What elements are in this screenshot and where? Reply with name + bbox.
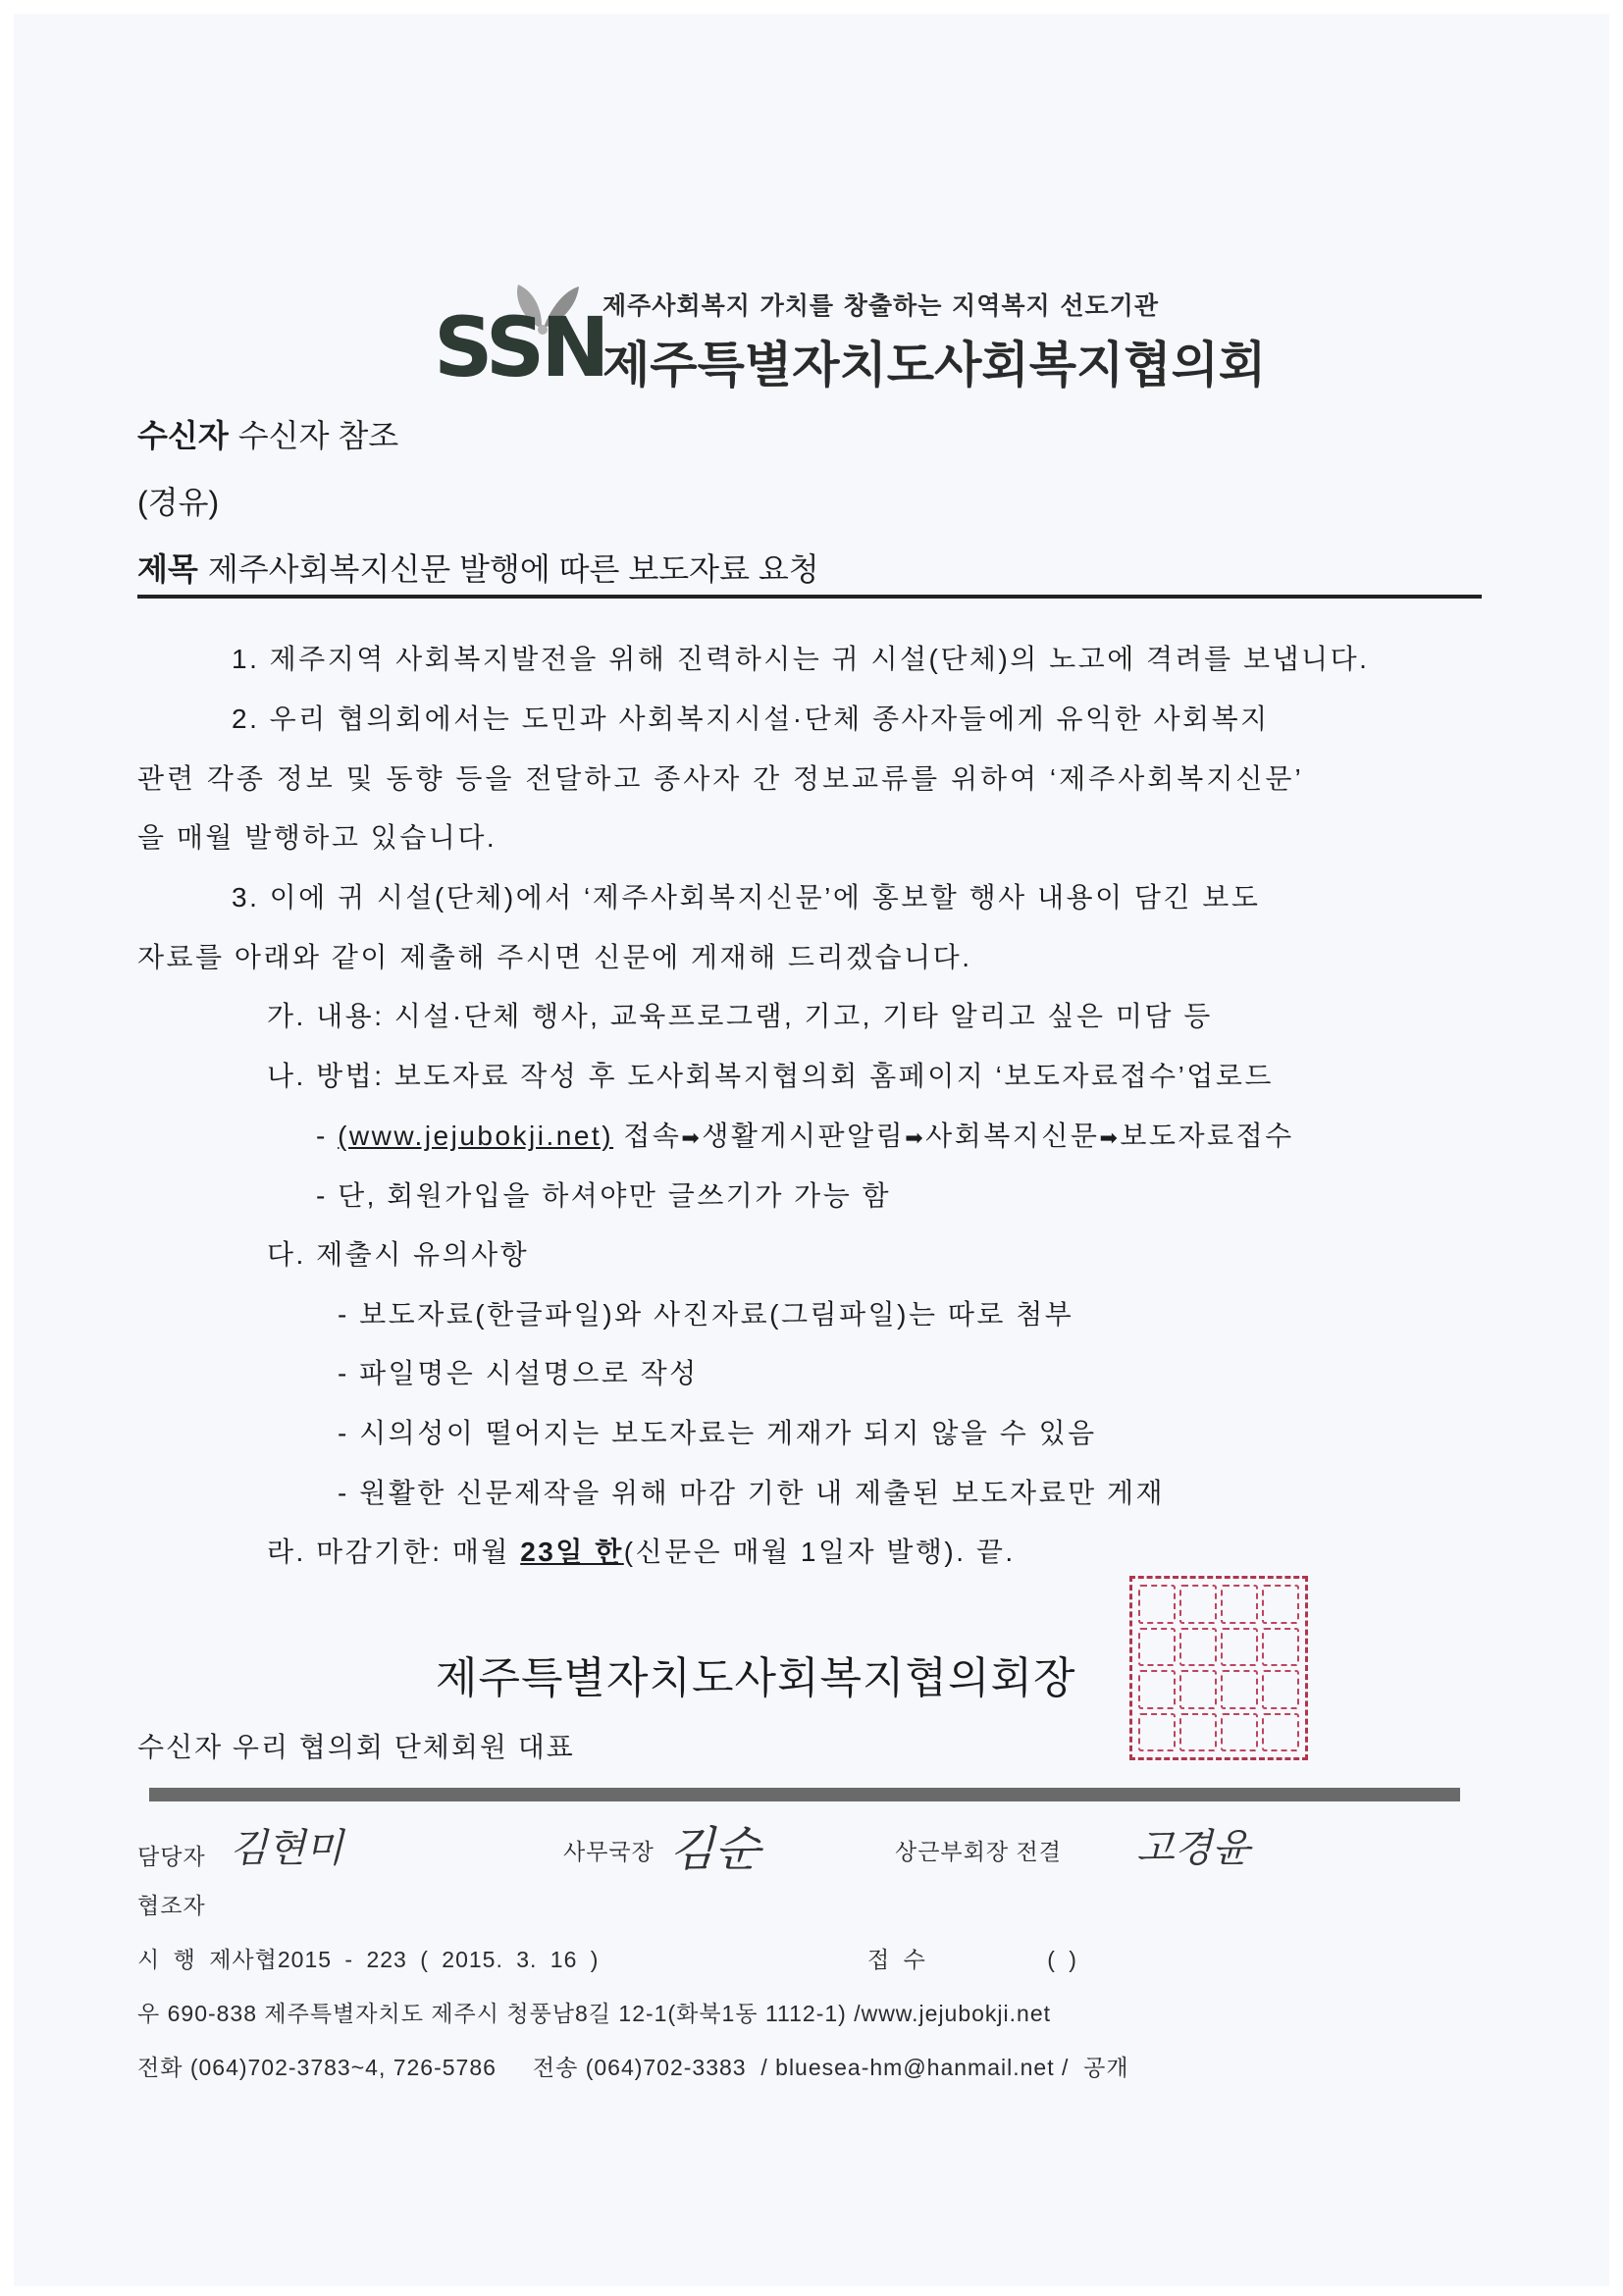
enforce-number: 제사협2015 - 223 ( 2015. 3. 16 )	[209, 1947, 599, 1972]
address-line: 우 690-838 제주특별자치도 제주시 청풍남8길 12-1(화북1동 11…	[137, 1996, 1051, 2028]
subject-row: 제목제주사회복지신문 발행에 따른 보도자료 요청	[137, 545, 819, 590]
cooperator-label: 협조자	[137, 1888, 206, 1920]
item-ra-deadline: 라. 마감기한: 매월 23일 한(신문은 매월 1일자 발행). 끝.	[267, 1531, 1016, 1570]
recipient-value: 수신자 참조	[238, 418, 398, 453]
path-step-4: 보도자료접수	[1120, 1121, 1293, 1151]
receipt-label: 접 수	[867, 1947, 926, 1972]
path-step-3: 사회복지신문	[925, 1121, 1099, 1151]
item-na-sub-1: - (www.jejubokji.net) 접속➡생활게시판알림➡사회복지신문➡…	[316, 1115, 1294, 1154]
arrow-right-icon: ➡	[1099, 1125, 1120, 1150]
website-link[interactable]: (www.jejubokji.net)	[338, 1121, 613, 1151]
dash: -	[316, 1121, 328, 1151]
staff-signature: 김현미	[230, 1817, 343, 1873]
receipt-value: ( )	[1047, 1947, 1077, 1972]
item-na-sub-2: - 단, 회원가입을 하셔야만 글쓰기가 가능 함	[316, 1174, 891, 1214]
org-name: 제주특별자치도사회복지협의회	[602, 326, 1266, 396]
header-divider	[137, 595, 1482, 599]
enforce-label: 시 행	[137, 1947, 196, 1972]
vice-chair-label: 상근부회장 전결	[895, 1834, 1062, 1866]
da-note-3: - 시의성이 떨어지는 보도자료는 게재가 되지 않을 수 있음	[338, 1412, 1097, 1451]
arrow-right-icon: ➡	[681, 1125, 702, 1150]
org-slogan: 제주사회복지 가치를 창출하는 지역복지 선도기관	[602, 287, 1159, 322]
receipt-row: 접 수 ( )	[867, 1942, 1077, 1974]
paragraph-2-line-1: 2. 우리 협의회에서는 도민과 사회복지시설·단체 종사자들에게 유익한 사회…	[232, 698, 1270, 737]
recipient-row: 수신자수신자 참조	[137, 411, 398, 456]
contact-line: 전화 (064)702-3783~4, 726-5786 전송 (064)702…	[137, 2050, 1129, 2082]
paragraph-3-line-1: 3. 이에 귀 시설(단체)에서 ‘제주사회복지신문’에 홍보할 행사 내용이 …	[232, 876, 1260, 915]
da-note-4: - 원활한 신문제작을 위해 마감 기한 내 제출된 보도자료만 게재	[338, 1472, 1165, 1511]
staff-label: 담당자	[137, 1839, 206, 1871]
arrow-right-icon: ➡	[905, 1125, 925, 1150]
paragraph-2-line-2: 관련 각종 정보 및 동향 등을 전달하고 종사자 간 정보교류를 위하여 ‘제…	[137, 757, 1304, 797]
path-step-2: 생활게시판알림	[702, 1121, 905, 1151]
vice-chair-signature: 고경윤	[1136, 1817, 1250, 1873]
subject-value: 제주사회복지신문 발행에 따른 보도자료 요청	[208, 551, 819, 587]
recipient-label: 수신자	[137, 418, 229, 453]
paragraph-2-line-3: 을 매월 발행하고 있습니다.	[137, 816, 497, 856]
item-ga-content: 가. 내용: 시설·단체 행사, 교육프로그램, 기고, 기타 알리고 싶은 미…	[267, 995, 1213, 1034]
via-label: (경유)	[137, 478, 219, 523]
da-note-1: - 보도자료(한글파일)와 사진자료(그림파일)는 따로 첨부	[338, 1293, 1073, 1332]
ssn-logo: SSN	[434, 306, 606, 389]
deadline-date: 23일 한	[520, 1537, 624, 1567]
path-step-1: 접속	[623, 1121, 681, 1151]
document-page: SSN 제주사회복지 가치를 창출하는 지역복지 선도기관 제주특별자치도사회복…	[14, 14, 1609, 2286]
official-seal-stamp	[1129, 1576, 1308, 1760]
secretary-signature: 김순	[669, 1811, 760, 1879]
paragraph-3-line-2: 자료를 아래와 같이 제출해 주시면 신문에 게재해 드리겠습니다.	[137, 936, 972, 975]
deadline-suffix: (신문은 매월 1일자 발행). 끝.	[624, 1537, 1016, 1567]
enforcement-row: 시 행 제사협2015 - 223 ( 2015. 3. 16 )	[137, 1942, 599, 1974]
recipients-note: 수신자 우리 협의회 단체회원 대표	[137, 1726, 575, 1765]
item-da-notes: 다. 제출시 유의사항	[267, 1233, 529, 1273]
signatory-title: 제주특별자치도사회복지협의회장	[436, 1643, 1076, 1705]
paragraph-1: 1. 제주지역 사회복지발전을 위해 진력하시는 귀 시설(단체)의 노고에 격…	[232, 638, 1369, 677]
footer-divider	[149, 1788, 1460, 1801]
da-note-2: - 파일명은 시설명으로 작성	[338, 1352, 699, 1391]
secretary-label: 사무국장	[563, 1834, 654, 1866]
item-na-method: 나. 방법: 보도자료 작성 후 도사회복지협의회 홈페이지 ‘보도자료접수’업…	[267, 1055, 1274, 1094]
subject-label: 제목	[137, 551, 198, 587]
deadline-prefix: 라. 마감기한: 매월	[267, 1537, 520, 1567]
